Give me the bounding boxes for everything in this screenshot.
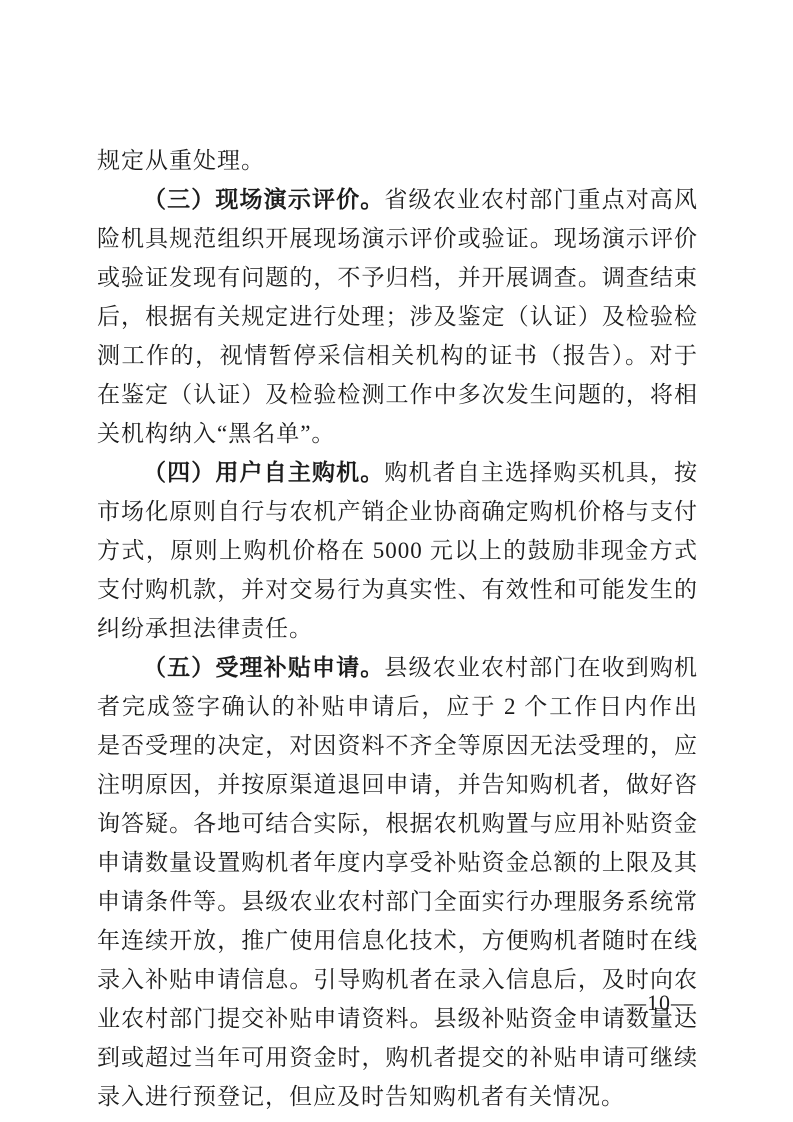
document-page: 规定从重处理。 （三）现场演示评价。省级农业农村部门重点对高风险机具规范组织开展… (0, 0, 793, 1122)
section-heading: （三）现场演示评价。 (143, 187, 384, 212)
paragraph: （五）受理补贴申请。县级农业农村部门在收到购机者完成签字确认的补贴申请后，应于 … (97, 648, 698, 1116)
paragraph-text: 购机者自主选择购买机具，按市场化原则自行与农机产销企业协商确定购机价格与支付方式… (97, 460, 698, 641)
paragraph-text: 县级农业农村部门在收到购机者完成签字确认的补贴申请后，应于 2 个工作日内作出是… (97, 655, 698, 1109)
paragraph: （三）现场演示评价。省级农业农村部门重点对高风险机具规范组织开展现场演示评价或验… (97, 180, 698, 453)
document-body: 规定从重处理。 （三）现场演示评价。省级农业农村部门重点对高风险机具规范组织开展… (97, 141, 698, 1116)
paragraph-text: 规定从重处理。 (97, 148, 265, 173)
page-number: —10— (624, 990, 694, 1016)
section-heading: （五）受理补贴申请。 (143, 655, 384, 680)
paragraph: （四）用户自主购机。购机者自主选择购买机具，按市场化原则自行与农机产销企业协商确… (97, 453, 698, 648)
section-heading: （四）用户自主购机。 (143, 460, 384, 485)
paragraph-text: 省级农业农村部门重点对高风险机具规范组织开展现场演示评价或验证。现场演示评价或验… (97, 187, 698, 446)
paragraph: 规定从重处理。 (97, 141, 698, 180)
